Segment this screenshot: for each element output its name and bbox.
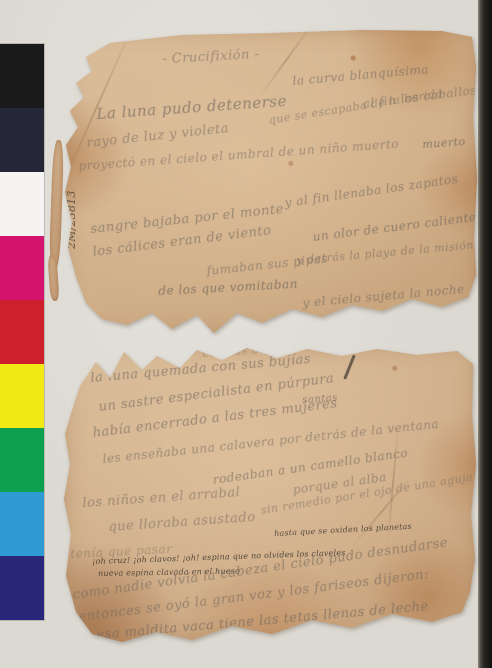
handwriting-line: que se escapaba de la herida	[268, 87, 444, 126]
capture-edge-band	[478, 0, 492, 668]
archive-number: 2M/23813	[66, 190, 78, 249]
color-swatch-blue	[0, 492, 44, 556]
handwriting-line: de los caballos	[374, 308, 472, 331]
handwriting-line: que lloraba asustado	[108, 511, 256, 535]
color-swatch-red	[0, 300, 44, 364]
photo-background: - Crucifixión -la curva blanquísimaal fi…	[0, 0, 492, 668]
color-swatch-green	[0, 428, 44, 492]
color-swatch-indigo	[0, 556, 44, 620]
handwriting-line: La luna pudo detenerse	[96, 94, 287, 123]
handwriting-line: y al fin llenaba los zapatos	[284, 173, 459, 210]
handwriting-line: de los que vomitaban	[158, 278, 298, 298]
pen-stroke-mark	[343, 354, 355, 379]
color-swatch-magenta	[0, 236, 44, 300]
paper-crease	[62, 57, 93, 95]
color-calibration-bar	[0, 44, 44, 620]
color-swatch-dark-navy	[0, 108, 44, 172]
color-swatch-white	[0, 172, 44, 236]
manuscript-page-1: - Crucifixión -la curva blanquísimaal fi…	[62, 27, 478, 337]
handwriting-line: la curva blanquísima	[292, 63, 429, 87]
manuscript-page-2-paper: con sus bujías ella luna quemada con sus…	[62, 344, 478, 646]
handwriting-line: rayo de luz y violeta	[86, 122, 230, 151]
manuscript-page-2: con sus bujías ella luna quemada con sus…	[62, 344, 478, 646]
handwriting-line: un olor de cuero caliente	[312, 211, 477, 244]
color-swatch-yellow	[0, 364, 44, 428]
handwriting-line: los niños en el arrabal	[82, 486, 241, 511]
handwriting-line: fumaban sus pipas	[206, 252, 329, 277]
handwriting-line: muerto	[422, 136, 466, 151]
handwriting-line: y el cielo sujeta la noche	[302, 283, 465, 310]
manuscript-title: - Crucifixión -	[162, 48, 260, 67]
color-swatch-black	[0, 44, 44, 108]
manuscript-page-1-paper: - Crucifixión -la curva blanquísimaal fi…	[62, 27, 478, 337]
handwriting-line: hasta que se oxiden los planetas	[274, 523, 412, 539]
